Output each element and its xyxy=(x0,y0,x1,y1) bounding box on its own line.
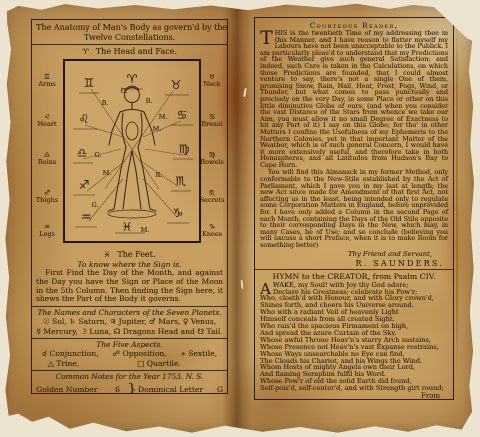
rule xyxy=(32,370,227,371)
aspects-row-1: ☌ Conjunction,☍ Opposition,∗ Sextile, xyxy=(36,349,223,359)
zodiac-man-woodcut: ♊ ♈ ♉ ♌ ♋ ♎ ♍ ♐ ♏ ♒ ♑ ♓ xyxy=(63,59,201,243)
diagram-letter: M. xyxy=(141,226,150,234)
hymn-body: AWAKE, my Soul! with Joy thy God adore; … xyxy=(260,282,448,393)
rule xyxy=(255,269,453,270)
brace-glyph: }{ xyxy=(124,382,138,394)
margin-label-breast: ♋Breast xyxy=(199,113,225,129)
taurus-woodcut-icon: ♉ xyxy=(171,78,182,92)
libra-woodcut-icon: ♎ xyxy=(77,146,88,160)
feet-caption: ♓The Feet. xyxy=(36,250,223,259)
signature: R. SAUNDERS. xyxy=(260,259,444,268)
scorpio-woodcut-icon: ♏ xyxy=(176,174,187,188)
leo-woodcut-icon: ♌ xyxy=(79,112,90,126)
notes-label: Golden Number xyxy=(36,385,108,394)
notes-value: G xyxy=(205,385,223,394)
diagram-letter: G. xyxy=(91,201,98,209)
catchword: From xyxy=(260,392,440,400)
left-page: The Anatomy of Man's Body as govern'd by… xyxy=(31,19,228,394)
rule xyxy=(32,338,227,339)
planets-title: The Names and Characters of the Seven Pl… xyxy=(36,308,223,317)
planets-list: ☉ Sol, ♄ Saturn, ♃ Jupiter, ♂ Mars, ♀ Ve… xyxy=(36,317,223,336)
virgo-woodcut-icon: ♍ xyxy=(179,142,190,156)
diagram-letter: R. xyxy=(156,171,163,179)
aries-woodcut-icon: ♈ xyxy=(127,72,138,86)
pisces-woodcut-icon: ♓ xyxy=(122,220,133,234)
cancer-woodcut-icon: ♋ xyxy=(177,108,188,122)
notes-value: 6 xyxy=(108,385,124,394)
margin-label-knees: ♑Knees xyxy=(199,223,225,239)
diagram-letter: M. xyxy=(103,169,112,177)
pisces-icon: ♓ xyxy=(104,250,111,259)
capricorn-woodcut-icon: ♑ xyxy=(173,206,184,220)
hymn-title: HYMN to the CREATOR, from Psalm CIV. xyxy=(260,272,448,281)
head-caption: ♈The Head and Face. xyxy=(36,47,223,56)
margin-label-arms: ♊Arms xyxy=(34,73,60,89)
diagram-letter: M. xyxy=(153,125,162,133)
diagram-letter: M. xyxy=(159,113,168,121)
zodiac-diagram-area: ♊Arms ♌Heart ♎Reins ♐Thighs ♒Legs ♉Neck … xyxy=(36,57,223,249)
right-page: Courteous Reader, THIS is the twentieth … xyxy=(254,17,454,400)
margin-label-heart: ♌Heart xyxy=(34,113,60,129)
sagittarius-woodcut-icon: ♐ xyxy=(79,178,90,192)
margin-label-reins: ♎Reins xyxy=(34,151,60,167)
sign-note-body: First Find the Day of the Month, and aga… xyxy=(36,269,223,304)
margin-label-thighs: ♐Thighs xyxy=(34,189,60,205)
aries-icon: ♈ xyxy=(82,47,89,56)
preface-paragraph-2: You will find this Almanack in my former… xyxy=(260,169,448,248)
human-figure xyxy=(108,86,156,218)
aquarius-woodcut-icon: ♒ xyxy=(81,210,92,224)
aspects-row-2: △ Trine,□ Quartile. xyxy=(36,359,223,369)
margin-label-secrets: ♏Secrets xyxy=(199,189,225,205)
dropcap-a: A xyxy=(260,282,273,295)
diagram-letter: G. xyxy=(120,87,127,95)
diagram-letter: G. xyxy=(94,151,101,159)
signoff: Thy Friend and Servant, xyxy=(260,250,432,258)
almanack-scan: The Anatomy of Man's Body as govern'd by… xyxy=(0,0,480,437)
common-notes-table: Golden Number 6 }{ Dominical Letter G Ep… xyxy=(36,382,223,394)
anatomy-title-line1: The Anatomy of Man's Body as govern'd by… xyxy=(36,22,223,32)
anatomy-title: The Anatomy of Man's Body as govern'd by… xyxy=(36,22,223,43)
gemini-woodcut-icon: ♊ xyxy=(84,76,95,90)
aspects-title: The Five Aspects. xyxy=(36,340,223,349)
anatomy-title-line2: Twelve Constellations. xyxy=(36,32,223,42)
margin-label-bowels: ♍Bowels xyxy=(199,151,225,167)
paper-crease xyxy=(456,20,458,380)
notes-label: Dominical Letter xyxy=(138,385,205,394)
diagram-letter: B. xyxy=(146,97,153,105)
rule xyxy=(32,306,227,307)
margin-label-legs: ♒Legs xyxy=(34,223,60,239)
margin-label-neck: ♉Neck xyxy=(199,73,225,89)
paper-sheet: The Anatomy of Man's Body as govern'd by… xyxy=(4,2,474,433)
diagram-letter: B. xyxy=(102,99,109,107)
dropcap-t: T xyxy=(260,30,275,46)
rule xyxy=(32,44,227,45)
zodiac-man-illustration: ♊ ♈ ♉ ♌ ♋ ♎ ♍ ♐ ♏ ♒ ♑ ♓ xyxy=(65,61,199,241)
preface-paragraph-1: THIS is the twentieth Time of my address… xyxy=(260,30,448,168)
hymn-lines: Declare his Greatness; celebrate his Pow… xyxy=(260,289,448,393)
